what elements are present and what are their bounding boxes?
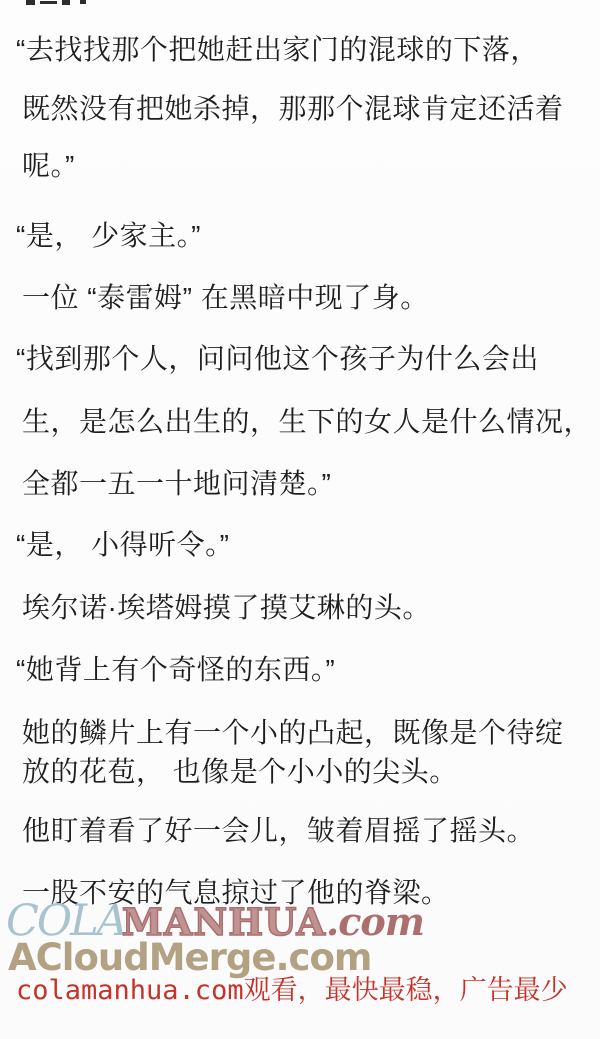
novel-text-line: “是， 小得听令。” <box>16 529 229 561</box>
novel-page: “去找找那个把她赶出家门的混球的下落， 既然没有把她杀掉，那那个混球肯定还活着 … <box>0 0 600 1039</box>
novel-text-line: 他盯着看了好一会儿，皱着眉摇了摇头。 <box>22 815 535 847</box>
novel-text-line: “是， 少家主。” <box>16 220 201 252</box>
novel-text-line: 呢。” <box>22 150 75 182</box>
novel-text-line: 她的鳞片上有一个小的凸起，既像是个待绽 <box>22 717 564 749</box>
novel-text-line: 一位 “泰雷姆” 在黑暗中现了身。 <box>22 282 429 314</box>
novel-text-line: 全都一五一十地问清楚。” <box>22 468 331 500</box>
watermark-bottom-notice: colamanhua.com观看，最快最稳，广告最少 <box>16 968 568 1007</box>
novel-text-line: 生，是怎么出生的，生下的女人是什么情况， <box>22 406 592 438</box>
novel-text-line: “去找找那个把她赶出家门的混球的下落， <box>16 34 539 66</box>
novel-text-line: “找到那个人，问问他这个孩子为什么会出 <box>16 343 539 375</box>
novel-text-line: 既然没有把她杀掉，那那个混球肯定还活着 <box>22 93 564 125</box>
novel-text-line: 埃尔诺·埃塔姆摸了摸艾琳的头。 <box>22 592 431 624</box>
novel-text-line: “她背上有个奇怪的东西。” <box>16 654 335 686</box>
novel-text-line: 放的花苞， 也像是个小小的尖头。 <box>22 756 458 788</box>
